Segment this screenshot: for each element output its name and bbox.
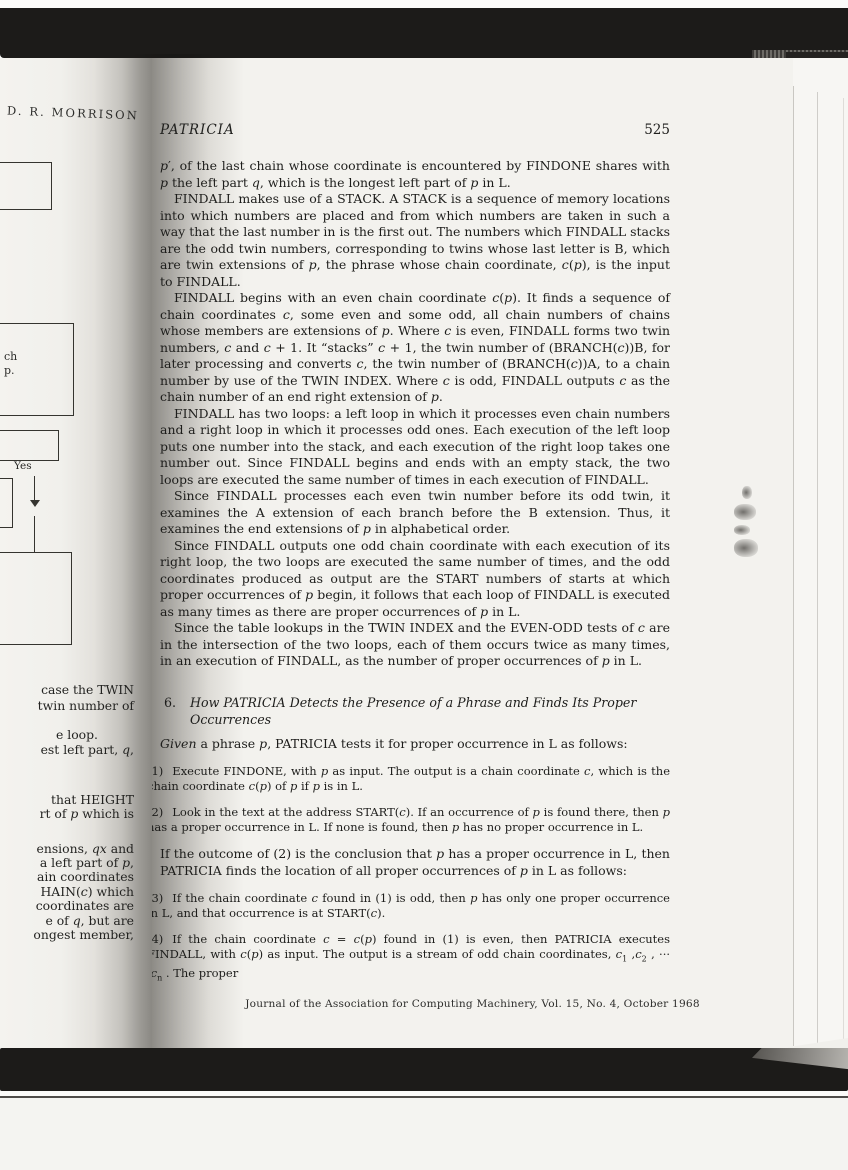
left-page-fragment: rt of p which is xyxy=(40,806,134,821)
left-page-text-fragments: case the TWINtwin number ofe loop.est le… xyxy=(0,58,134,1048)
left-page-fragment: coordinates are xyxy=(36,898,134,913)
left-page-fragment: that HEIGHT xyxy=(51,792,134,807)
body-paragraph: FINDALL begins with an even chain coordi… xyxy=(160,290,670,406)
item-number: (1) xyxy=(152,764,163,778)
left-page-fragment: e of q, but are xyxy=(45,913,134,928)
journal-footer: Journal of the Association for Computing… xyxy=(152,998,793,1010)
page-edge-line xyxy=(793,86,794,1046)
item-number: (4) xyxy=(152,932,163,946)
left-page-fragment: e loop. xyxy=(56,727,98,742)
ink-smudge xyxy=(734,539,758,557)
left-page-fragment: ain coordinates xyxy=(37,869,134,884)
scanned-journal-spread: D. R. MORRISON ch p. Yes case the TWINtw… xyxy=(0,0,848,1170)
ink-smudge xyxy=(742,486,752,499)
body-paragraph: FINDALL makes use of a STACK. A STACK is… xyxy=(160,191,670,290)
page-header: PATRICIA 525 xyxy=(160,122,670,138)
left-page-fragment: a left part of p, xyxy=(40,855,134,870)
ink-smudge xyxy=(734,504,756,520)
body-paragraph: FINDALL has two loops: a left loop in wh… xyxy=(160,406,670,489)
body-paragraph: Since the table lookups in the TWIN INDE… xyxy=(160,620,670,670)
body-paragraph: Given a phrase p, PATRICIA tests it for … xyxy=(160,736,670,753)
underlying-pages xyxy=(793,58,848,1048)
article-body: p′, of the last chain whose coordinate i… xyxy=(160,158,670,986)
scanner-backing xyxy=(0,1098,848,1170)
journal-page-525: PATRICIA 525 p′, of the last chain whose… xyxy=(152,58,793,1048)
left-page-fragment: ongest member, xyxy=(33,927,134,942)
left-page-fragment: est left part, q, xyxy=(41,742,134,757)
section-heading: 6.How PATRICIA Detects the Presence of a… xyxy=(160,694,670,728)
numbered-item: (2)Look in the text at the address START… xyxy=(152,805,670,834)
section-number: 6. xyxy=(164,694,176,711)
left-page-fragment: twin number of xyxy=(38,698,134,713)
left-page-fragment: HAIN(c) which xyxy=(40,884,134,899)
body-paragraph: Since FINDALL outputs one odd chain coor… xyxy=(160,538,670,621)
facing-page-edge: D. R. MORRISON ch p. Yes case the TWINtw… xyxy=(0,58,152,1048)
left-page-fragment: case the TWIN xyxy=(41,682,134,697)
body-paragraph: p′, of the last chain whose coordinate i… xyxy=(160,158,670,191)
running-header-title: PATRICIA xyxy=(160,122,235,138)
numbered-item: (3)If the chain coordinate c found in (1… xyxy=(152,891,670,920)
left-page-fragment: ensions, qx and xyxy=(37,841,134,856)
page-number: 525 xyxy=(644,122,670,138)
numbered-item: (4)If the chain coordinate c = c(p) foun… xyxy=(152,932,670,986)
ink-smudge xyxy=(734,525,750,535)
numbered-item: (1)Execute FINDONE, with p as input. The… xyxy=(152,764,670,793)
body-paragraph: Since FINDALL processes each even twin n… xyxy=(160,488,670,538)
item-number: (3) xyxy=(152,891,163,905)
body-paragraph: If the outcome of (2) is the conclusion … xyxy=(160,846,670,879)
page-edge-line xyxy=(817,92,818,1046)
item-number: (2) xyxy=(152,805,163,819)
scan-top-border xyxy=(0,8,848,58)
page-edge-line xyxy=(843,98,844,1046)
scan-bottom-border xyxy=(0,1048,848,1091)
